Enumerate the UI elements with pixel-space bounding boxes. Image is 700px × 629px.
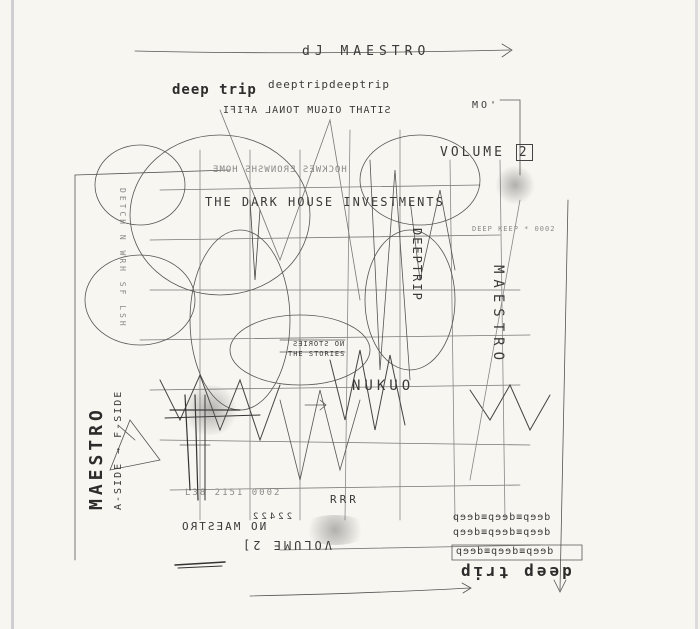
maestro-vertical-left: MAESTRO [86, 406, 107, 510]
artist-name: dJ MAESTRO [302, 44, 430, 59]
pencil-smudge [180, 385, 240, 435]
deeptrip-vertical: DEEPTRIP [410, 228, 424, 302]
mirrored-dark-house: HOCKWES ERONWSHS HOME [212, 165, 347, 175]
bottom-repeat-2: deep≡deep≡deep [452, 527, 550, 538]
rrr-marks: RRR [330, 493, 359, 506]
side-label: A-SIDE → F-SIDE [113, 390, 124, 510]
mirrored-line: SITAHT OIGUM TONAL AFIFI [222, 105, 391, 116]
nukuo-text: NUKUO [352, 378, 414, 394]
album-cover: dJ MAESTRO deep trip deeptripdeeptrip SI… [0, 0, 700, 629]
volume-number: 2 [516, 144, 533, 161]
volume-word: VOLUME [440, 145, 505, 160]
maestro-right-vertical: MAESTRO [490, 265, 506, 366]
title-repeat: deeptripdeeptrip [268, 78, 390, 91]
grid-numbers: L38 2151 0002 [185, 488, 281, 498]
bottom-title: deep trip [458, 563, 572, 582]
bottom-repeat-1: deep≡deep≡deep [452, 512, 550, 523]
volume-label: VOLUME 2 [440, 145, 533, 160]
mirrored-volume: VOLUME 2] [240, 538, 332, 552]
title-primary: deep trip [172, 82, 257, 98]
mirrored-maestro: NO MAESTRO [180, 520, 266, 533]
left-vertical-text: DETCH N WRH SF LSH [118, 188, 127, 329]
bottom-repeat-3: deep≡deep≡deep [455, 546, 553, 557]
the-stories: THE STORIES [288, 350, 345, 358]
no-stories: NO STORIES [292, 340, 344, 348]
pencil-smudge [495, 165, 535, 205]
mo-mark: MO' [472, 100, 499, 111]
dark-house-investments: THE DARK HOUSE INVESTMENTS [205, 195, 445, 209]
deep-keep-note: DEEP KEEP * 0002 [472, 225, 555, 233]
